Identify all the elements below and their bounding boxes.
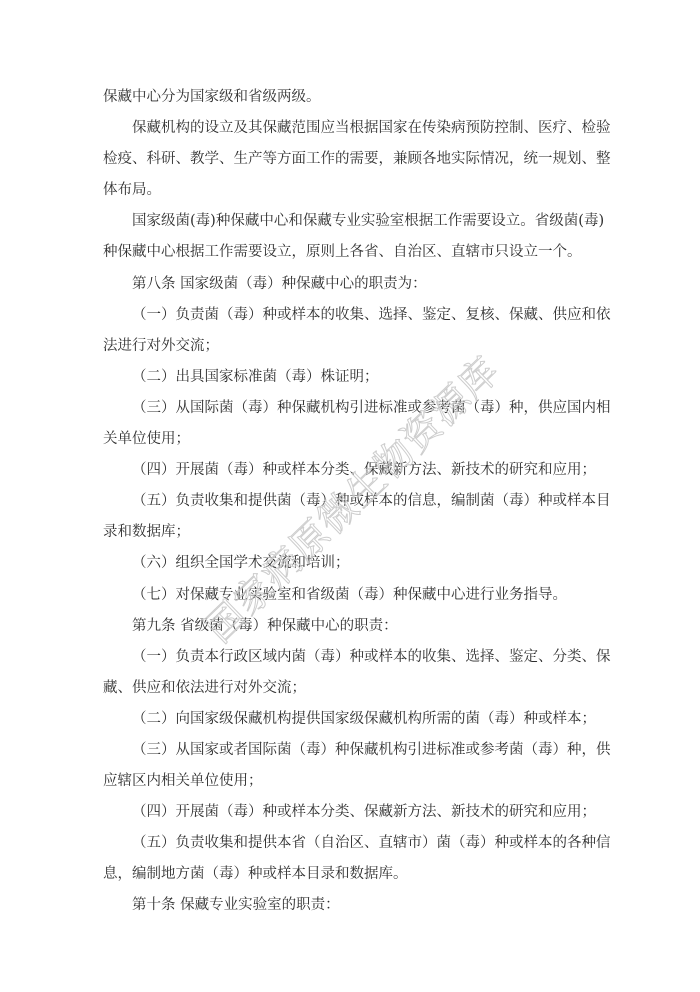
text-line: 种保藏中心根据工作需要设立，原则上各省、自治区、直辖市只设立一个。 — [103, 237, 597, 268]
paragraph-start-line: 国家级菌(毒)种保藏中心和保藏专业实验室根据工作需要设立。省级菌(毒) — [103, 206, 597, 237]
article-9-heading: 第九条 省级菌（毒）种保藏中心的职责： — [103, 611, 597, 642]
article-8-heading: 第八条 国家级菌（毒）种保藏中心的职责为： — [103, 269, 597, 300]
text-line: 息，编制地方菌（毒）种或样本目录和数据库。 — [103, 859, 597, 890]
text-line: 关单位使用； — [103, 424, 597, 455]
list-item-8-6: （六）组织全国学术交流和培训； — [103, 548, 597, 579]
list-item-9-4: （四）开展菌（毒）种或样本分类、保藏新方法、新技术的研究和应用； — [103, 797, 597, 828]
list-item-9-5: （五）负责收集和提供本省（自治区、直辖市）菌（毒）种或样本的各种信 — [103, 828, 597, 859]
list-item-8-7: （七）对保藏专业实验室和省级菌（毒）种保藏中心进行业务指导。 — [103, 580, 597, 611]
list-item-8-1: （一）负责菌（毒）种或样本的收集、选择、鉴定、复核、保藏、供应和依 — [103, 300, 597, 331]
text-line: 体布局。 — [103, 175, 597, 206]
list-item-9-2: （二）向国家级保藏机构提供国家级保藏机构所需的菌（毒）种或样本； — [103, 704, 597, 735]
text-line: 保藏中心分为国家级和省级两级。 — [103, 82, 597, 113]
document-page: 保藏中心分为国家级和省级两级。 保藏机构的设立及其保藏范围应当根据国家在传染病预… — [0, 0, 700, 992]
paragraph-start-line: 保藏机构的设立及其保藏范围应当根据国家在传染病预防控制、医疗、检验 — [103, 113, 597, 144]
list-item-8-2: （二）出具国家标准菌（毒）株证明； — [103, 362, 597, 393]
list-item-8-3: （三）从国际菌（毒）种保藏机构引进标准或参考菌（毒）种，供应国内相 — [103, 393, 597, 424]
list-item-8-5: （五）负责收集和提供菌（毒）种或样本的信息，编制菌（毒）种或样本目 — [103, 486, 597, 517]
article-10-heading: 第十条 保藏专业实验室的职责： — [103, 890, 597, 921]
list-item-9-3: （三）从国家或者国际菌（毒）种保藏机构引进标准或参考菌（毒）种，供 — [103, 735, 597, 766]
list-item-8-4: （四）开展菌（毒）种或样本分类、保藏新方法、新技术的研究和应用； — [103, 455, 597, 486]
text-line: 检疫、科研、教学、生产等方面工作的需要，兼顾各地实际情况，统一规划、整 — [103, 144, 597, 175]
text-line: 应辖区内相关单位使用； — [103, 766, 597, 797]
document-body: 保藏中心分为国家级和省级两级。 保藏机构的设立及其保藏范围应当根据国家在传染病预… — [103, 82, 597, 922]
text-line: 法进行对外交流； — [103, 331, 597, 362]
list-item-9-1: （一）负责本行政区域内菌（毒）种或样本的收集、选择、鉴定、分类、保 — [103, 642, 597, 673]
text-line: 录和数据库； — [103, 517, 597, 548]
text-line: 藏、供应和依法进行对外交流； — [103, 673, 597, 704]
